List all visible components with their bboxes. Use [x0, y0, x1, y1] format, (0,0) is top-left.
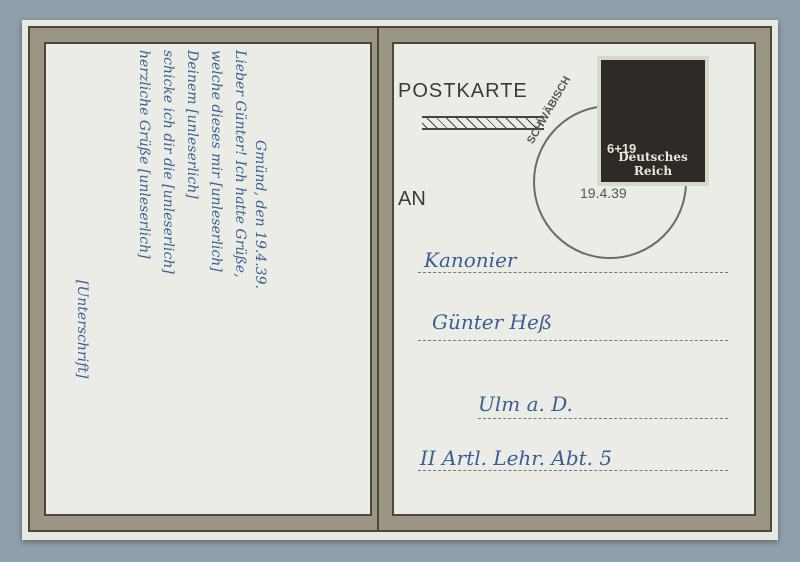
message-date-line: Gmünd, den 19.4.39. — [252, 140, 268, 289]
address-text-4: II Artl. Lehr. Abt. 5 — [420, 446, 612, 470]
postkarte-heading: POSTKARTE — [398, 80, 528, 103]
address-text-3: Ulm a. D. — [478, 392, 573, 416]
message-signature: [Unterschrift] — [74, 280, 90, 378]
address-text-2: Günter Heß — [432, 310, 552, 334]
stamp-image-placeholder: 6+19 Deutsches Reich — [601, 60, 705, 182]
recipient-label: AN — [398, 188, 426, 211]
postage-stamp: 6+19 Deutsches Reich — [597, 56, 709, 186]
address-line-2 — [418, 340, 728, 341]
address-text-1: Kanonier — [424, 248, 516, 272]
message-line-3: Deinem [unleserlich] — [184, 50, 200, 199]
message-line-2: welche dieses mir [unleserlich] — [208, 50, 224, 272]
ornament-divider — [422, 116, 544, 130]
message-line-1: Lieber Günter! Ich hatte Grüße, — [232, 50, 248, 278]
address-line-1 — [418, 272, 728, 273]
stamp-country: Deutsches Reich — [601, 150, 705, 178]
message-line-5: herzliche Grüße [unleserlich] — [136, 50, 152, 259]
address-line-4 — [418, 470, 728, 471]
postmark-date: 19.4.39 — [580, 185, 627, 201]
address-line-3 — [478, 418, 728, 419]
message-line-4: schicke ich dir die [unleserlich] — [160, 50, 176, 274]
